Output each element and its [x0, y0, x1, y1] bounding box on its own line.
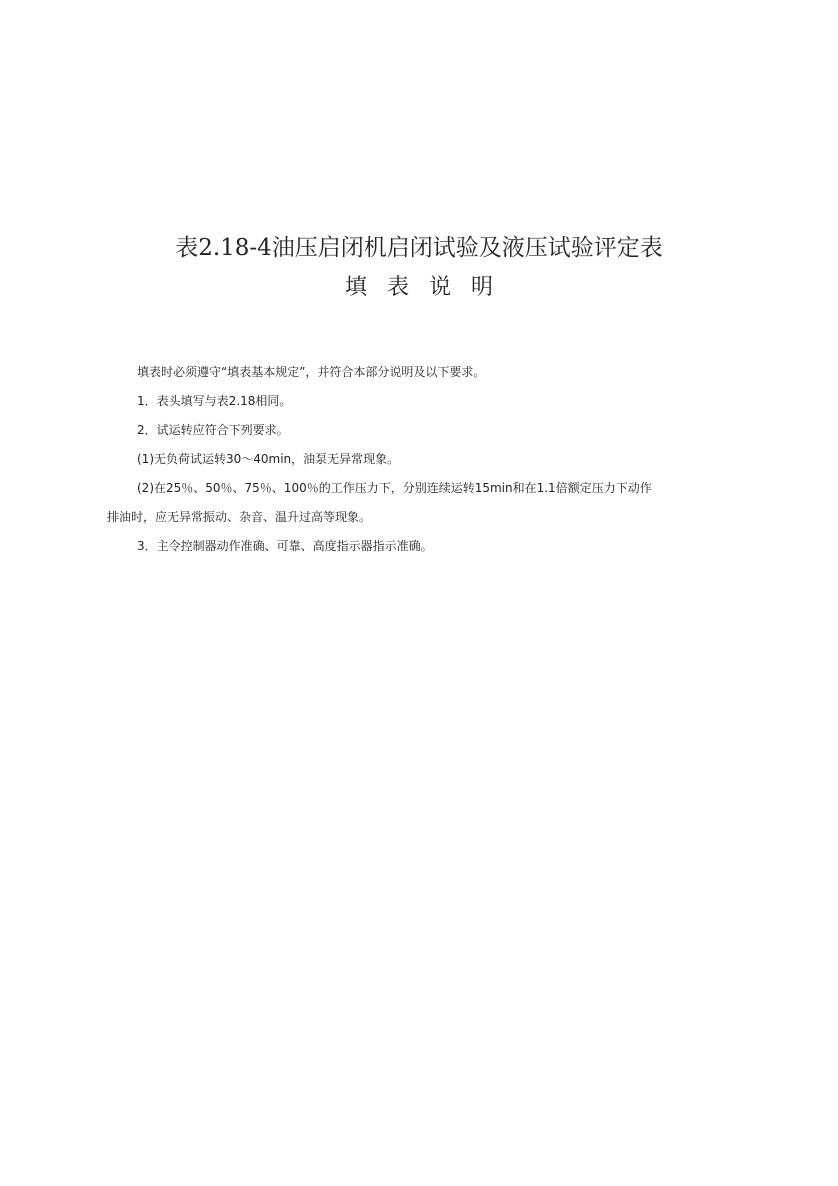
instruction-item-1: 1．表头填写与表2.18相同。	[107, 387, 687, 416]
document-subtitle: 填表说明	[0, 270, 838, 301]
document-page: 表2.18-4油压启闭机启闭试验及液压试验评定表 填表说明 填表时必须遵守“填表…	[0, 0, 838, 1186]
instruction-subitem-2: (2)在25％、50％、75％、100％的工作压力下，分别连续运转15min和在…	[107, 474, 687, 503]
instruction-item-3: 3．主令控制器动作准确、可靠、高度指示器指示准确。	[107, 532, 687, 561]
instructions-body: 填表时必须遵守“填表基本规定”，并符合本部分说明及以下要求。 1．表头填写与表2…	[107, 358, 687, 561]
instruction-subitem-2-continued: 排油时，应无异常振动、杂音、温升过高等现象。	[107, 503, 687, 532]
document-title: 表2.18-4油压启闭机启闭试验及液压试验评定表	[0, 229, 838, 262]
instruction-subitem-1: (1)无负荷试运转30～40min，油泵无异常现象。	[107, 445, 687, 474]
instruction-paragraph: 填表时必须遵守“填表基本规定”，并符合本部分说明及以下要求。	[107, 358, 687, 387]
instruction-item-2: 2．试运转应符合下列要求。	[107, 416, 687, 445]
